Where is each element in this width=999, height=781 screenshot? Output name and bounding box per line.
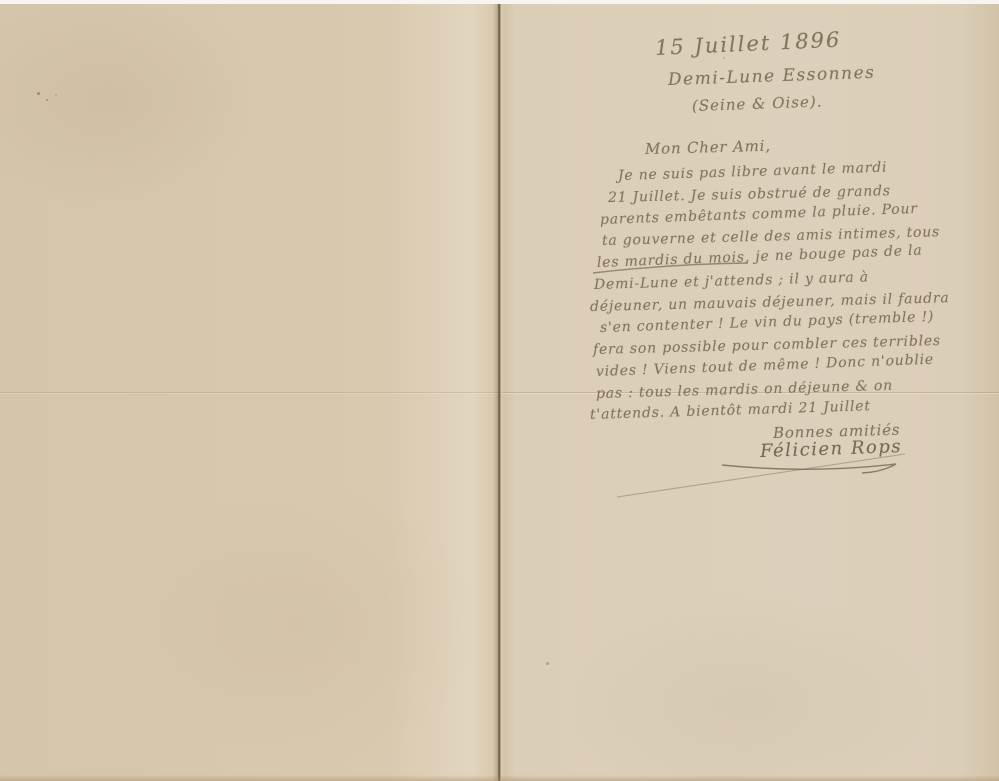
center-fold-crease — [494, 0, 504, 781]
letter-scan: 15 Juillet 1896 Demi-Lune Essonnes (Sein… — [0, 0, 999, 781]
paper-speck — [37, 92, 40, 95]
paper-speck — [55, 94, 57, 96]
paper-speck — [723, 57, 725, 59]
scanner-edge-top — [0, 0, 999, 4]
paper-speck — [46, 99, 48, 101]
paper-speck — [546, 662, 549, 665]
letter-salutation: Mon Cher Ami, — [645, 137, 771, 158]
page-bottom-edge-shadow — [0, 775, 999, 781]
